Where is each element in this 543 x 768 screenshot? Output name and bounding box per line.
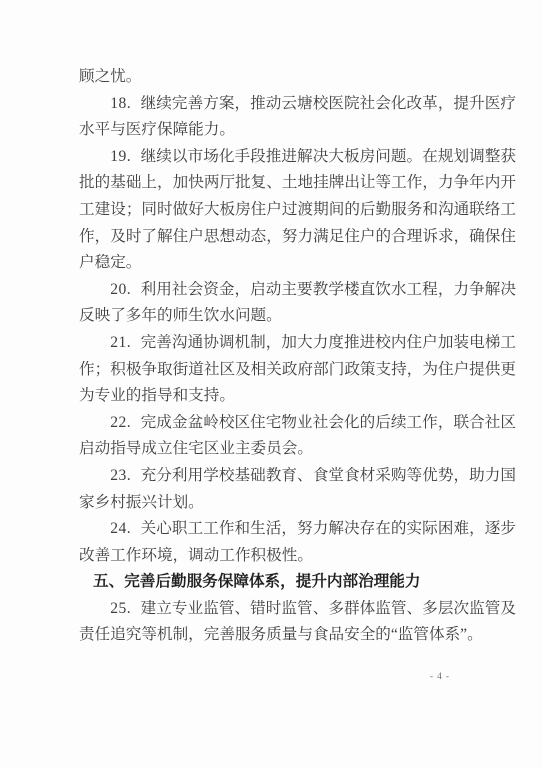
item-number: 22.: [110, 410, 140, 437]
document-page: 顾之忧。 18.继续完善方案，推动云塘校医院社会化改革，提升医疗水平与医疗保障能…: [0, 0, 543, 768]
paragraph-18: 18.继续完善方案，推动云塘校医院社会化改革，提升医疗水平与医疗保障能力。: [79, 91, 516, 144]
paragraph-20: 20.利用社会资金，启动主要教学楼直饮水工程，力争解决反映了多年的师生饮水问题。: [79, 277, 516, 330]
paragraph-text: 建立专业监管、错时监管、多群体监管、多层次监管及责任追究等机制，完善服务质量与食…: [79, 600, 516, 644]
paragraph-text: 继续完善方案，推动云塘校医院社会化改革，提升医疗水平与医疗保障能力。: [79, 95, 516, 139]
item-number: 18.: [110, 91, 140, 118]
paragraph-text: 顾之忧。: [79, 68, 141, 85]
item-number: 21.: [110, 330, 140, 357]
heading-number: 五、: [93, 573, 124, 590]
paragraph-23: 23.充分利用学校基础教育、食堂食材采购等优势，助力国家乡村振兴计划。: [79, 463, 516, 516]
paragraph-continuation: 顾之忧。: [79, 64, 516, 91]
item-number: 20.: [110, 277, 140, 304]
document-body: 顾之忧。 18.继续完善方案，推动云塘校医院社会化改革，提升医疗水平与医疗保障能…: [79, 64, 516, 649]
paragraph-text: 继续以市场化手段推进解决大板房问题。在规划调整获批的基础上，加快两厅批复、土地挂…: [79, 148, 516, 271]
item-number: 25.: [110, 596, 140, 623]
paragraph-22: 22.完成金盆岭校区住宅物业社会化的后续工作，联合社区启动指导成立住宅区业主委员…: [79, 410, 516, 463]
page-number: - 4 -: [430, 671, 450, 681]
paragraph-text: 完成金盆岭校区住宅物业社会化的后续工作，联合社区启动指导成立住宅区业主委员会。: [79, 414, 516, 458]
paragraph-19: 19.继续以市场化手段推进解决大板房问题。在规划调整获批的基础上，加快两厅批复、…: [79, 144, 516, 277]
paragraph-text: 利用社会资金，启动主要教学楼直饮水工程，力争解决反映了多年的师生饮水问题。: [79, 281, 516, 325]
paragraph-25: 25.建立专业监管、错时监管、多群体监管、多层次监管及责任追究等机制，完善服务质…: [79, 596, 516, 649]
paragraph-text: 充分利用学校基础教育、食堂食材采购等优势，助力国家乡村振兴计划。: [79, 467, 516, 511]
paragraph-text: 完善沟通协调机制，加大力度推进校内住户加装电梯工作；积极争取街道社区及相关政府部…: [79, 334, 516, 404]
item-number: 19.: [110, 144, 140, 171]
item-number: 24.: [110, 516, 140, 543]
paragraph-21: 21.完善沟通协调机制，加大力度推进校内住户加装电梯工作；积极争取街道社区及相关…: [79, 330, 516, 410]
heading-text: 完善后勤服务保障体系，提升内部治理能力: [124, 573, 420, 590]
section-heading-5: 五、完善后勤服务保障体系，提升内部治理能力: [79, 569, 516, 596]
paragraph-24: 24.关心职工工作和生活，努力解决存在的实际困难，逐步改善工作环境，调动工作积极…: [79, 516, 516, 569]
item-number: 23.: [110, 463, 140, 490]
paragraph-text: 关心职工工作和生活，努力解决存在的实际困难，逐步改善工作环境，调动工作积极性。: [79, 520, 516, 564]
